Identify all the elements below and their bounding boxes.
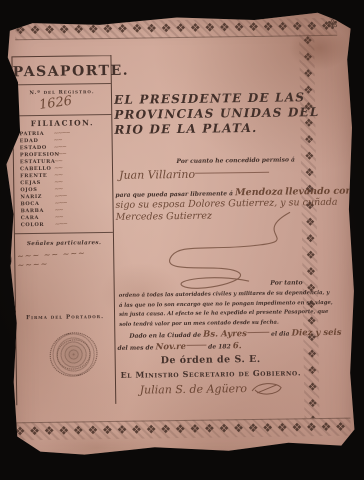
field-label: ESTATURA	[20, 159, 54, 165]
paper-tear	[2, 252, 11, 268]
particular-marks-handwritten: ~~~ ~~ ~~~ ~~~~	[17, 247, 112, 270]
corner-rosette-icon: ✾	[327, 18, 338, 33]
passport-body: EL PRESIDENTE DE LAS PROVINCIAS UNIDAS D…	[114, 90, 301, 138]
field-label: EDAD	[20, 138, 54, 144]
field-label: ESTADO	[20, 145, 54, 151]
issue-place-printed: Dado en la Ciudad de	[129, 332, 201, 340]
issue-day-printed: el dia	[271, 330, 290, 337]
field-label: CARA	[21, 215, 55, 221]
field-label: NARIZ	[20, 194, 54, 200]
by-order-line: De órden de S. E.	[118, 353, 304, 367]
ornament-border-top-icon: ❖ ❖ ❖ ❖ ❖ ❖ ❖ ❖ ❖ ❖ ❖ ❖ ❖ ❖ ❖ ❖ ❖ ❖ ❖ ❖ …	[15, 18, 337, 40]
document-title-line: RIO DE LA PLATA.	[114, 120, 300, 138]
register-number-handwritten: 1626	[38, 94, 73, 113]
photo-background: ❖ ❖ ❖ ❖ ❖ ❖ ❖ ❖ ❖ ❖ ❖ ❖ ❖ ❖ ❖ ❖ ❖ ❖ ❖ ❖ …	[0, 0, 364, 480]
field-label: BARBA	[21, 208, 55, 214]
particular-marks-label: Señales particulares.	[15, 240, 113, 247]
ruled-dash	[186, 345, 206, 346]
handwritten-scribble: ~~~	[55, 220, 67, 228]
paper-tear	[3, 314, 10, 327]
ruled-dash	[247, 332, 269, 333]
issue-city-handwritten: Bs. Ayres	[203, 329, 247, 340]
minister-title-line: El Ministro Secretario de Gobierno.	[118, 367, 304, 380]
bearer-signature-label: Firma del Portador.	[16, 314, 114, 321]
divider	[13, 114, 111, 116]
field-label: COLOR	[21, 222, 55, 228]
order-paragraph: ordeno á todas las autoridades civiles y…	[119, 289, 300, 330]
issue-day-handwritten: Diez y seis	[292, 328, 342, 339]
field-label: OJOS	[20, 187, 54, 193]
divider	[13, 83, 111, 85]
filiation-column: PASAPORTE. N.º del Registro. 1626 FILIAC…	[11, 55, 116, 405]
round-ink-stamp-icon	[45, 327, 103, 382]
field-label: BOCA	[20, 201, 54, 207]
field-label: FRENTE	[20, 173, 54, 179]
ornament-border-bottom-icon: ❖ ❖ ❖ ❖ ❖ ❖ ❖ ❖ ❖ ❖ ❖ ❖ ❖ ❖ ❖ ❖ ❖ ❖ ❖ ❖ …	[15, 418, 351, 441]
passport-heading: PASAPORTE.	[13, 63, 111, 80]
filiation-row: COLOR~~~	[21, 220, 109, 228]
issue-month-line: del mes de Nov.re de 182 6.	[117, 341, 241, 353]
passport-document: ❖ ❖ ❖ ❖ ❖ ❖ ❖ ❖ ❖ ❖ ❖ ❖ ❖ ❖ ❖ ❖ ❖ ❖ ❖ ❖ …	[1, 10, 359, 469]
issue-month-printed: del mes de	[117, 344, 153, 352]
destination-handwritten: Mendoza	[235, 187, 283, 199]
issue-month-handwritten: Nov.re	[156, 342, 187, 352]
field-label: PATRIA	[19, 131, 53, 137]
issue-year-handwritten: 6.	[233, 341, 242, 351]
ruled-dash	[195, 171, 269, 173]
filiation-field-list: PATRIA~~~~ EDAD~~ ESTADO~~~ PROFESION~~~…	[19, 129, 108, 228]
signature-rubric-icon	[250, 380, 284, 398]
companion-handwritten: llevando con-	[285, 186, 356, 198]
grant-clause: Por cuanto he concedido permiso á	[115, 156, 295, 166]
field-label: CABELLO	[20, 166, 54, 172]
minister-signature-handwritten: Julian S. de Agüero	[124, 379, 300, 399]
field-label: CEJAS	[20, 180, 54, 186]
filiation-header: FILIACION.	[13, 118, 111, 128]
bearer-name-handwritten: Juan Villarino	[119, 167, 269, 182]
divider	[15, 232, 113, 234]
document-title-line: PROVINCIAS UNIDAS DEL	[114, 105, 300, 123]
issue-year-printed: de 182	[208, 343, 231, 350]
field-label: PROFESION	[20, 152, 54, 158]
